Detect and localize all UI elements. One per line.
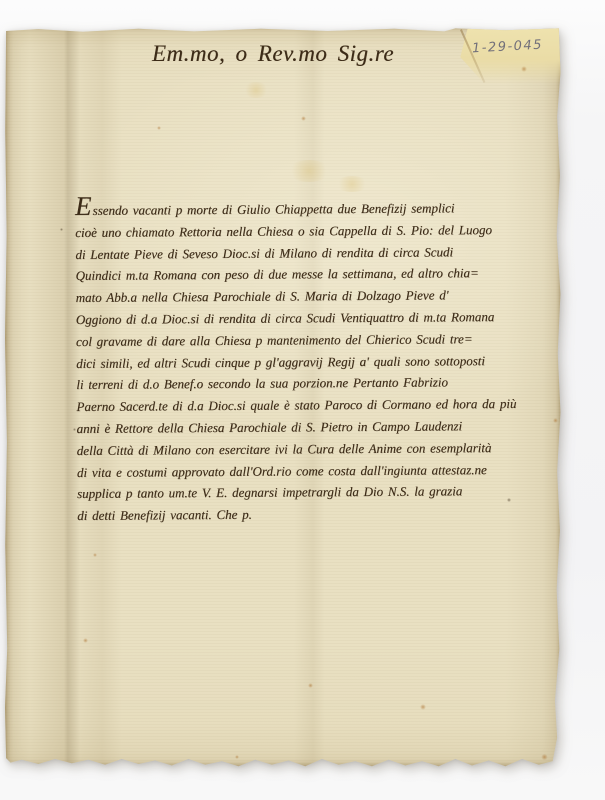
scan-background: 1-29-045 Em.mo, o Rev.mo Sig.re Essendo … [0,0,605,800]
foxing-spot [235,755,239,759]
foxing-spot [521,66,527,72]
body-line: di detti Benefizij vacanti. Che p. [77,502,569,527]
foxing-spot [420,704,426,710]
stain-smudge [243,82,269,98]
foxing-spot [83,638,88,643]
stain-smudge [287,160,331,182]
foxing-spot [93,553,97,557]
ink-speck [60,228,63,231]
letter-heading: Em.mo, o Rev.mo Sig.re [152,41,412,67]
foxing-spot [301,116,306,121]
body-line: Essendo vacanti p morte di Giulio Chiapp… [75,193,567,222]
foxing-spot [308,683,313,688]
stain-smudge [335,176,369,192]
foxing-spot [541,754,548,760]
foxing-spot [157,126,161,130]
letter-body: Essendo vacanti p morte di Giulio Chiapp… [75,193,569,527]
ink-speck [73,428,76,431]
body-line: Oggiono di d.a Dioc.si di rendita di cir… [76,306,568,331]
ink-speck [507,498,511,502]
paper-sheet: 1-29-045 Em.mo, o Rev.mo Sig.re Essendo … [5,28,561,767]
paper-surface: 1-29-045 Em.mo, o Rev.mo Sig.re Essendo … [5,28,561,767]
foxing-spot [553,418,558,423]
body-line: Paerno Sacerd.te di d.a Dioc.si quale è … [76,393,568,418]
